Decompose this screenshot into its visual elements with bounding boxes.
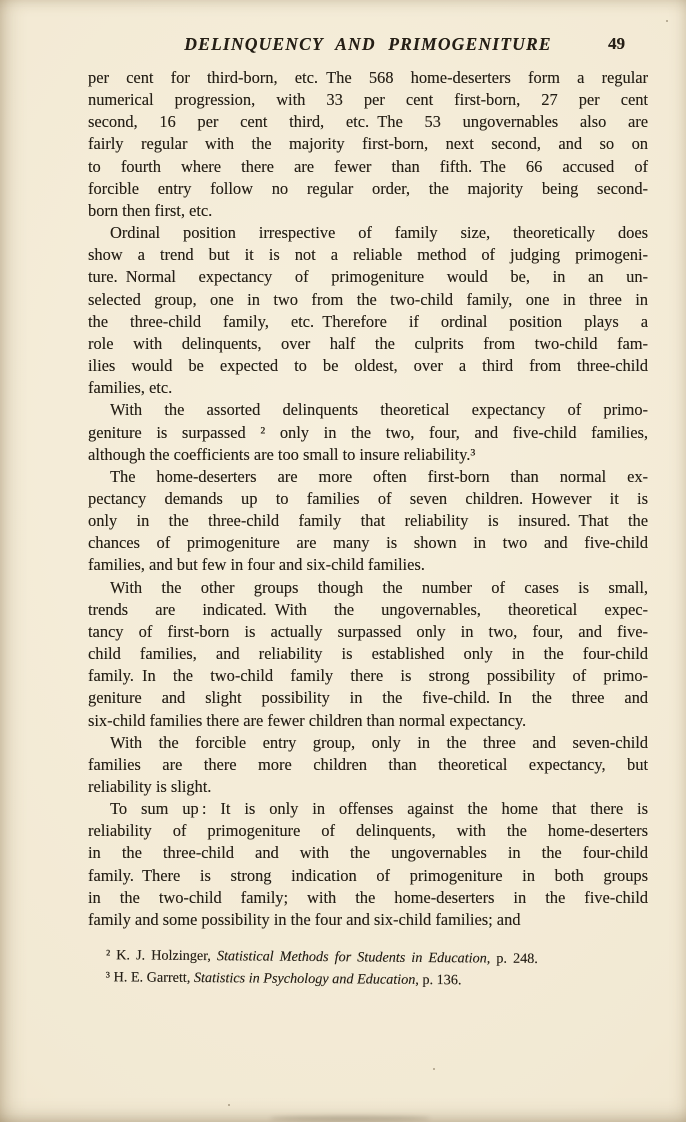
body-text: per cent for third-born, etc. The 568 ho…: [88, 67, 648, 931]
text-line: second, 16 per cent third, etc. The 53 u…: [88, 111, 648, 133]
text-line: selected group, one in two from the two-…: [88, 289, 648, 311]
scanned-book-page: DELINQUENCY AND PRIMOGENITURE 49 per cen…: [0, 0, 686, 1122]
text-line: family. There is strong indication of pr…: [88, 865, 648, 887]
text-line: reliability is slight.: [88, 776, 648, 798]
text-line: ilies would be expected to be oldest, ov…: [88, 355, 648, 377]
text-line: in the three-child and with the ungovern…: [88, 842, 648, 864]
page-title: DELINQUENCY AND PRIMOGENITURE: [184, 34, 551, 54]
text-line: tancy of first-born is actually surpasse…: [88, 621, 648, 643]
text-line: in the two-child family; with the home-d…: [88, 887, 648, 909]
scan-speck: [433, 1068, 435, 1070]
footnote-text: , p. 136.: [415, 972, 461, 988]
footnote-book-title: Statistics in Psychology and Education: [194, 970, 416, 988]
text-line: numerical progression, with 33 per cent …: [88, 89, 648, 111]
text-line: families are there more children than th…: [88, 754, 648, 776]
text-line: trends are indicated. With the ungoverna…: [88, 599, 648, 621]
text-line: families, etc.: [88, 377, 648, 399]
text-line: forcible entry follow no regular order, …: [88, 178, 648, 200]
text-line: child families, and reliability is estab…: [88, 643, 648, 665]
scan-speck: [228, 1104, 230, 1106]
text-line: born then first, etc.: [88, 200, 648, 222]
text-line: six-child families there are fewer child…: [88, 710, 648, 732]
text-line: the three-child family, etc. Therefore i…: [88, 311, 648, 333]
text-line: families, and but few in four and six-ch…: [88, 554, 648, 576]
text-line: geniture and slight possibility in the f…: [88, 687, 648, 709]
page-number: 49: [608, 34, 625, 54]
text-line: With the assorted delinquents theoretica…: [88, 399, 648, 421]
text-line: With the forcible entry group, only in t…: [88, 732, 648, 754]
text-line: family. In the two-child family there is…: [88, 665, 648, 687]
text-line: role with delinquents, over half the cul…: [88, 333, 648, 355]
text-line: To sum up : It is only in offenses again…: [88, 798, 648, 820]
footnote-book-title: Statistical Methods for Students in Educ…: [217, 948, 487, 966]
text-line: Ordinal position irrespective of family …: [88, 222, 648, 244]
page-content: per cent for third-born, etc. The 568 ho…: [88, 67, 648, 988]
scan-smudge: [270, 1116, 430, 1121]
text-line: geniture is surpassed ² only in the two,…: [88, 422, 648, 444]
text-line: chances of primogeniture are many is sho…: [88, 532, 648, 554]
text-line: reliability of primogeniture of delinque…: [88, 820, 648, 842]
footnote-text: , p. 248.: [487, 951, 538, 967]
text-line: although the coefficients are too small …: [88, 444, 648, 466]
footnote-text: ³ H. E. Garrett,: [106, 969, 194, 986]
text-line: With the other groups though the number …: [88, 577, 648, 599]
text-line: to fourth where there are fewer than fif…: [88, 156, 648, 178]
text-line: fairly regular with the majority first-b…: [88, 133, 648, 155]
scan-speck: [666, 20, 668, 22]
text-line: per cent for third-born, etc. The 568 ho…: [88, 67, 648, 89]
text-line: ture. Normal expectancy of primogeniture…: [88, 266, 648, 288]
text-line: only in the three-child family that reli…: [88, 510, 648, 532]
footnotes: ² K. J. Holzinger, Statistical Methods f…: [88, 944, 648, 993]
text-line: pectancy demands up to families of seven…: [88, 488, 648, 510]
footnote-text: ² K. J. Holzinger,: [106, 947, 217, 964]
running-head: DELINQUENCY AND PRIMOGENITURE 49: [88, 34, 648, 55]
text-line: The home-deserters are more often first-…: [88, 466, 648, 488]
footnote: ³ H. E. Garrett, Statistics in Psycholog…: [106, 966, 648, 993]
text-line: show a trend but it is not a reliable me…: [88, 244, 648, 266]
text-line: family and some possibility in the four …: [88, 909, 648, 931]
